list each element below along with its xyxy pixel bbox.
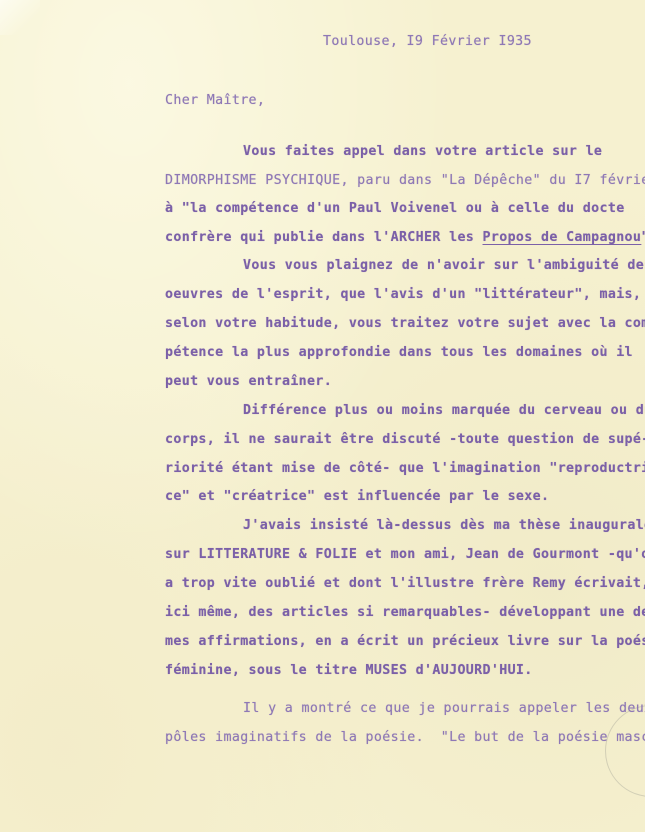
body-line-9: peut vous entraîner. bbox=[165, 374, 332, 389]
underlined-title: Propos de Campagnou bbox=[483, 230, 642, 245]
body-line-8: pétence la plus approfondie dans tous le… bbox=[165, 345, 633, 360]
body-line-4-text: confrère qui publie dans l'ARCHER les bbox=[165, 230, 483, 245]
body-line-18: mes affirmations, en a écrit un précieux… bbox=[165, 634, 645, 649]
body-line-1: Vous faites appel dans votre article sur… bbox=[243, 144, 602, 159]
body-line-4-end: ". bbox=[641, 230, 645, 245]
salutation: Cher Maître, bbox=[165, 93, 265, 108]
dateline: Toulouse, I9 Février I935 bbox=[323, 34, 532, 49]
body-line-2: DIMORPHISME PSYCHIQUE, paru dans "La Dép… bbox=[165, 173, 645, 188]
paper-fold-corner bbox=[0, 0, 40, 35]
body-line-12: riorité étant mise de côté- que l'imagin… bbox=[165, 461, 645, 476]
body-line-3: à "la compétence d'un Paul Voivenel ou à… bbox=[165, 201, 625, 216]
body-line-13: ce" et "créatrice" est influencée par le… bbox=[165, 489, 549, 504]
body-line-16: a trop vite oublié et dont l'illustre fr… bbox=[165, 576, 645, 591]
body-line-17: ici même, des articles si remarquables- … bbox=[165, 605, 645, 620]
body-line-19: féminine, sous le titre MUSES d'AUJOURD'… bbox=[165, 663, 533, 678]
body-line-10: Différence plus ou moins marquée du cerv… bbox=[243, 403, 645, 418]
body-line-20: Il y a montré ce que je pourrais appeler… bbox=[243, 701, 645, 716]
body-line-5: Vous vous plaignez de n'avoir sur l'ambi… bbox=[243, 258, 645, 273]
body-line-14: J'avais insisté là-dessus dès ma thèse i… bbox=[243, 518, 645, 533]
body-line-21: pôles imaginatifs de la poésie. "Le but … bbox=[165, 730, 645, 745]
body-line-7: selon votre habitude, vous traitez votre… bbox=[165, 316, 645, 331]
body-line-4: confrère qui publie dans l'ARCHER les Pr… bbox=[165, 230, 645, 245]
body-line-15: sur LITTERATURE & FOLIE et mon ami, Jean… bbox=[165, 547, 645, 562]
body-line-6: oeuvres de l'esprit, que l'avis d'un "li… bbox=[165, 287, 641, 302]
body-line-11: corps, il ne saurait être discuté -toute… bbox=[165, 432, 645, 447]
letter-page: Toulouse, I9 Février I935 Cher Maître, V… bbox=[0, 0, 645, 832]
stamp-circle-mark bbox=[605, 705, 645, 797]
